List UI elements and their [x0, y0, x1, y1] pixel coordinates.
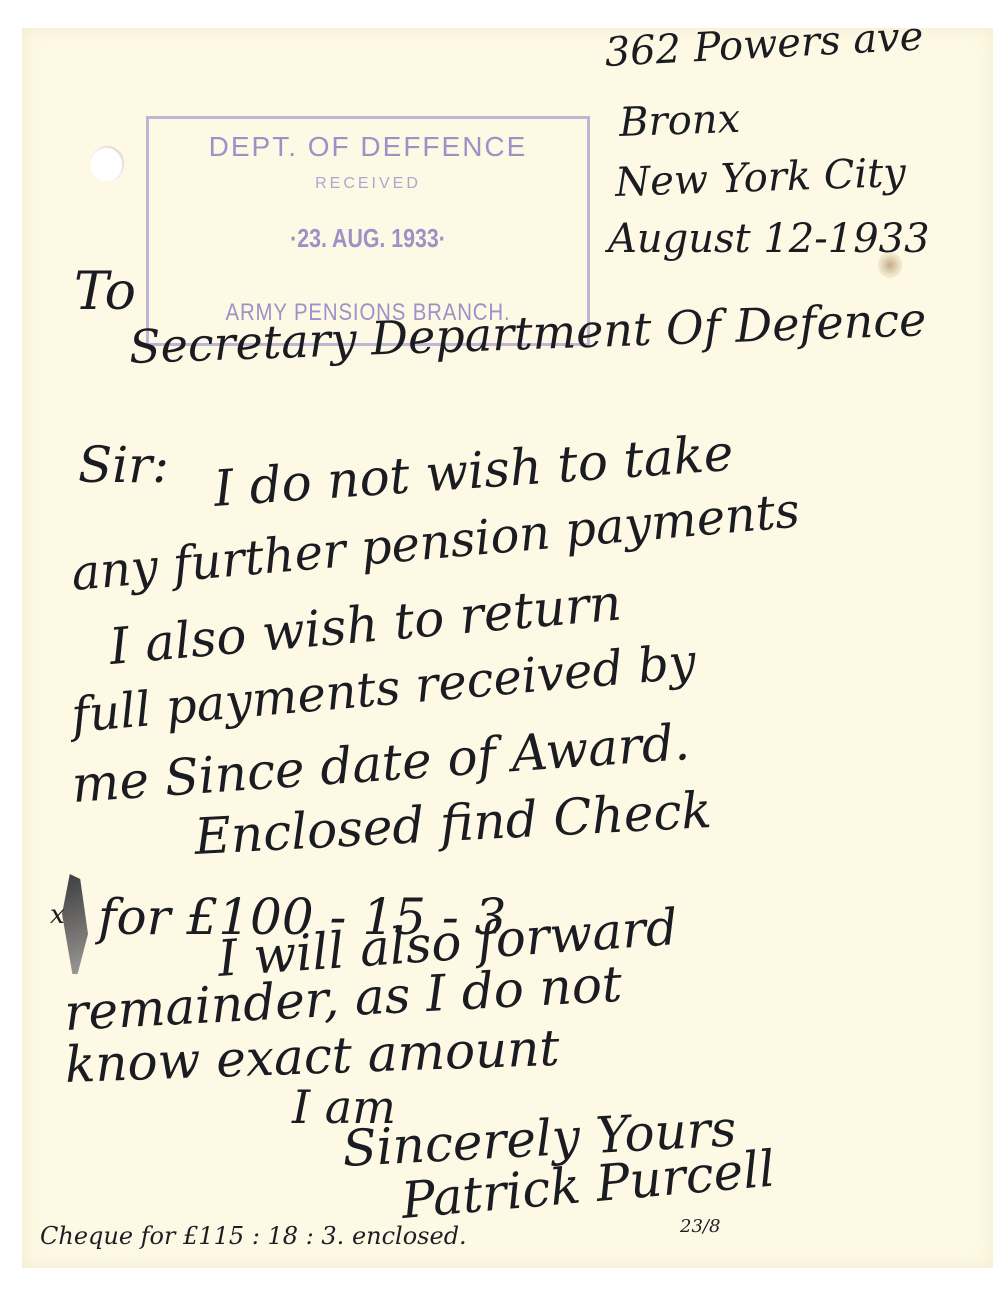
stamp-department: DEPT. OF DEFFENCE: [149, 131, 587, 163]
to-label: To: [74, 262, 136, 322]
stamp-date: ·23. AUG. 1933·: [188, 223, 547, 254]
annotation-date: 23/8: [680, 1216, 720, 1237]
stamp-received: RECEIVED: [149, 175, 587, 193]
punch-hole: [90, 146, 124, 182]
cheque-annotation: Cheque for £115 : 18 : 3. enclosed.: [40, 1222, 467, 1250]
margin-x-mark: x: [50, 900, 65, 930]
letter-date: August 12-1933: [608, 216, 930, 262]
greeting: Sir:: [78, 436, 169, 494]
address-borough: Bronx: [618, 96, 740, 146]
